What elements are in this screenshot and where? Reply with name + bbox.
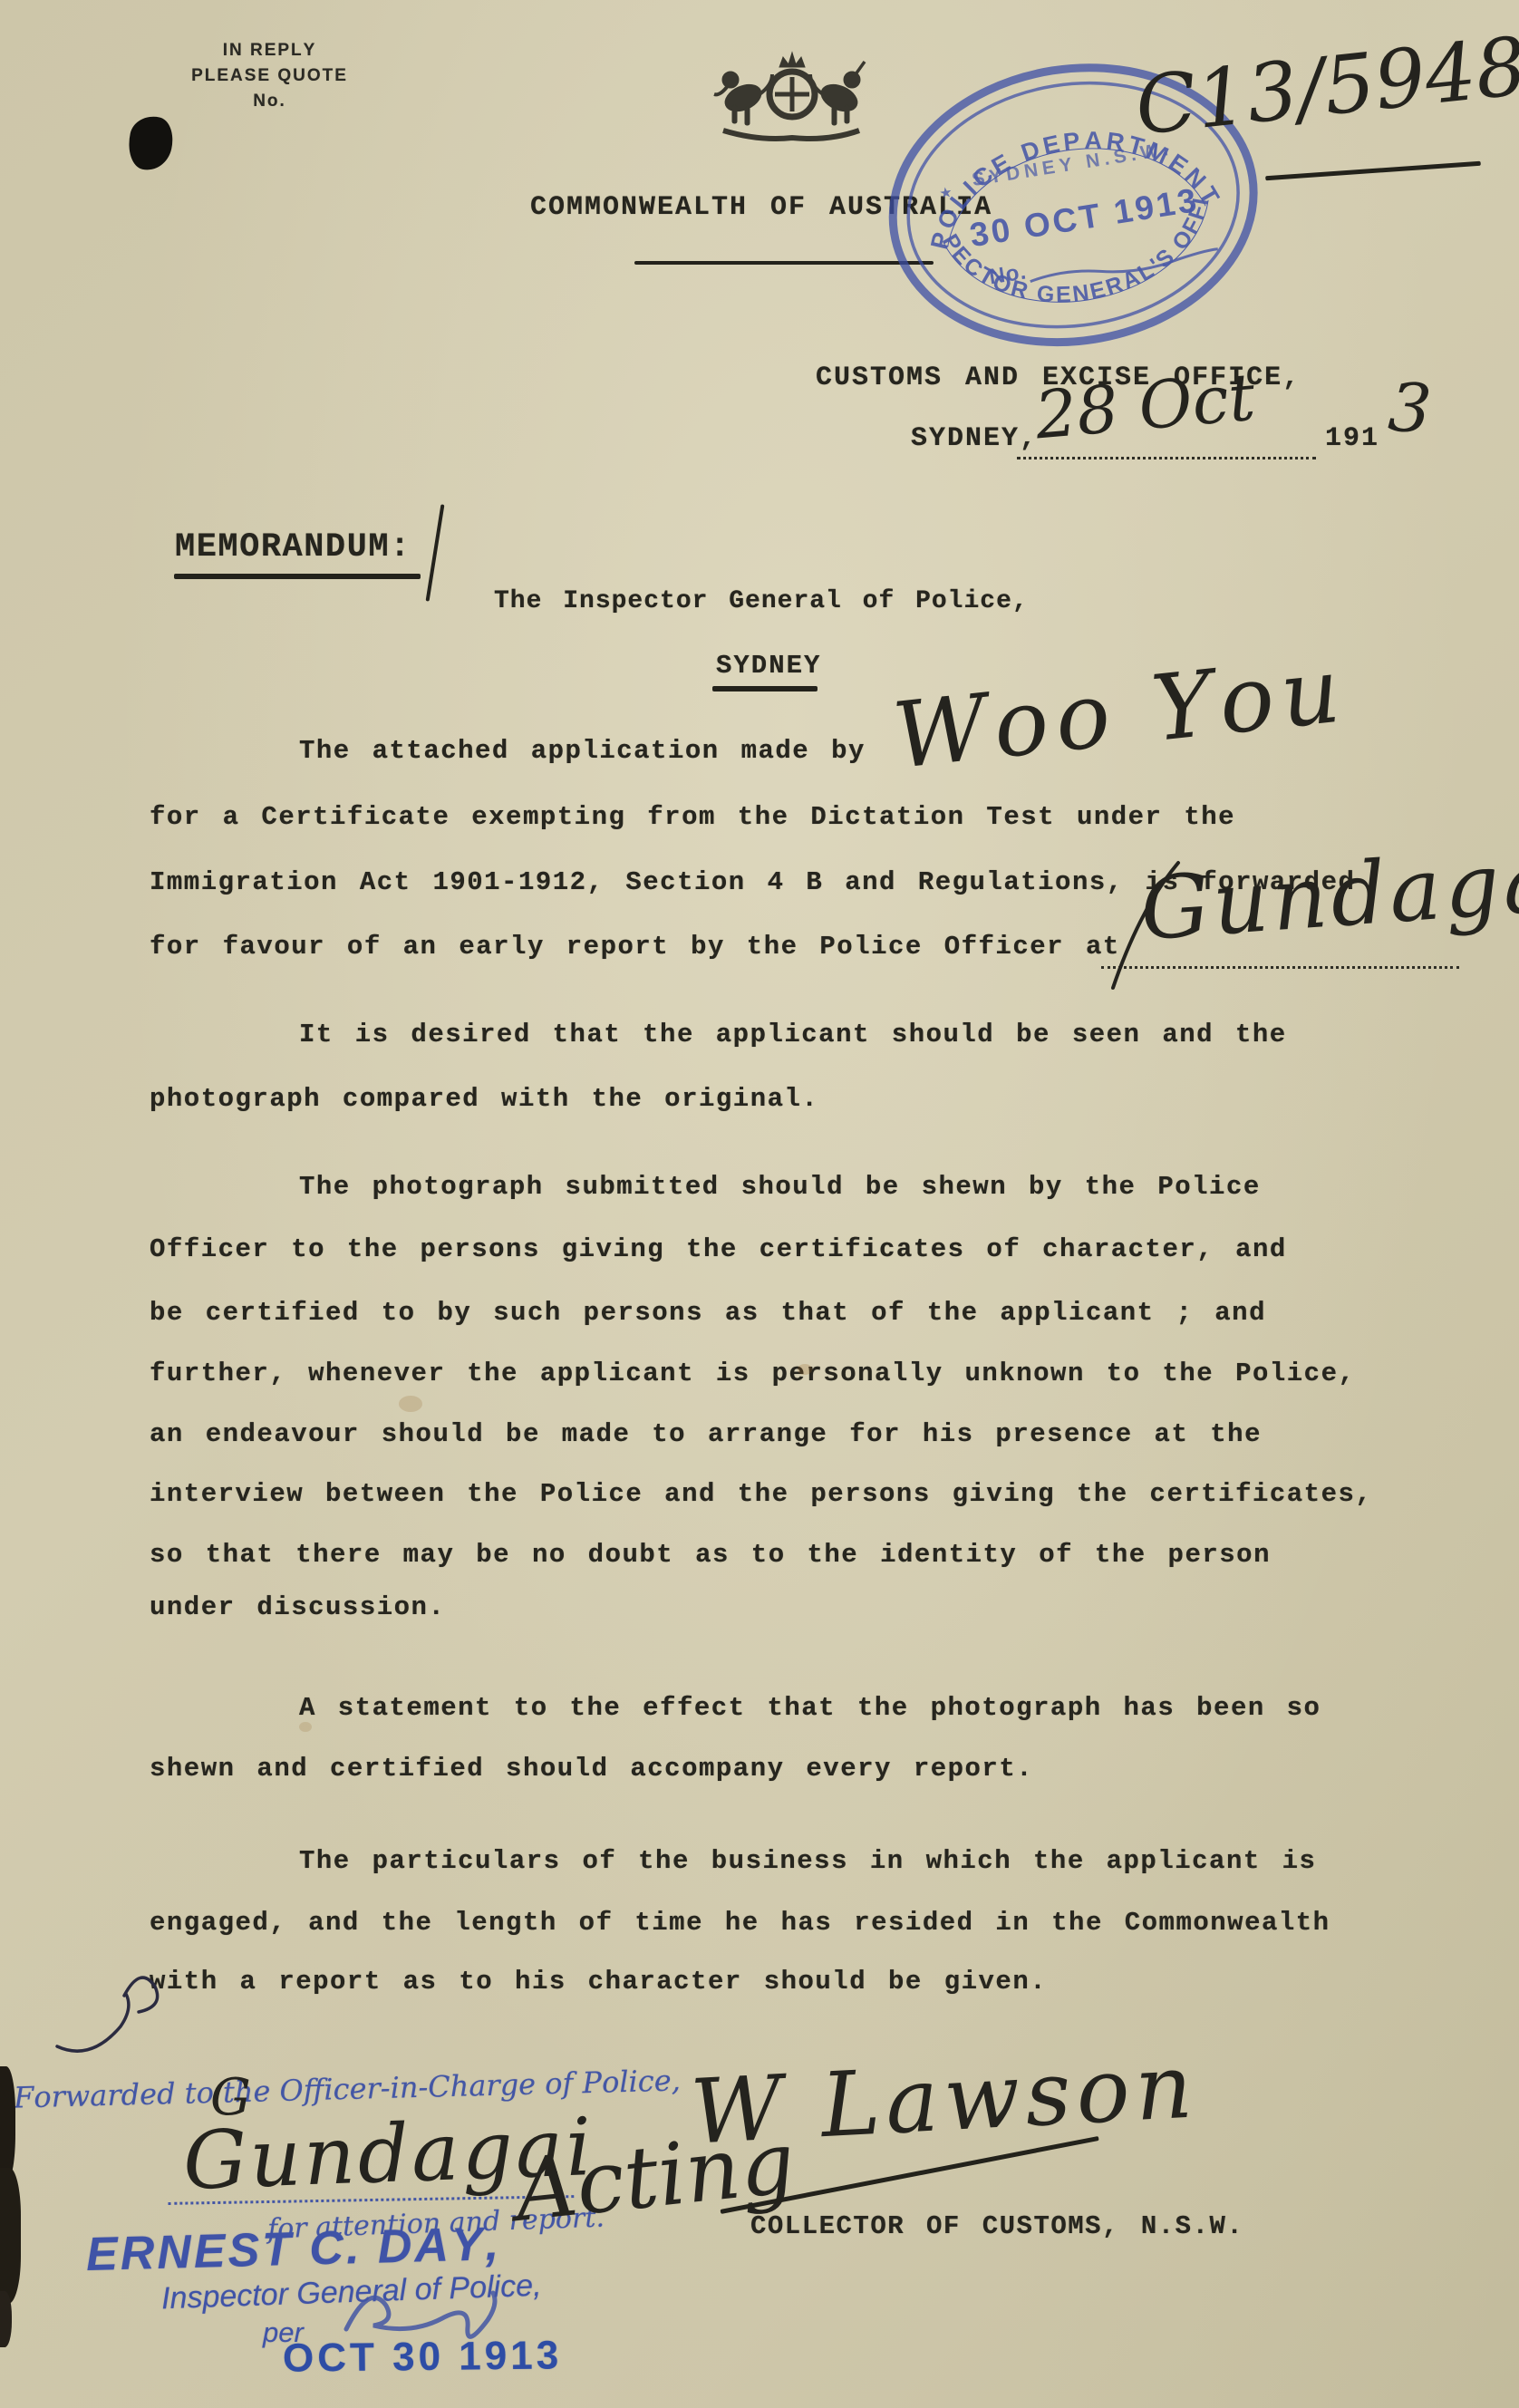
typed-line: so that there may be no doubt as to the …	[150, 1540, 1271, 1570]
received-date-stamp: OCT 30 1913	[283, 2333, 563, 2381]
year-printed: 191	[1325, 423, 1379, 454]
reply-note: IN REPLY PLEASE QUOTE No.	[186, 38, 353, 114]
signature-handwritten: W Lawson	[688, 2035, 1200, 2164]
typed-line: The attached application made by	[299, 736, 866, 766]
typed-line: interview between the Police and the per…	[150, 1479, 1372, 1509]
typed-line: The photograph submitted should be shewn…	[299, 1172, 1261, 1202]
typed-line: under discussion.	[150, 1592, 445, 1622]
typed-line: engaged, and the length of time he has r…	[150, 1908, 1330, 1938]
addressee-city: SYDNEY	[716, 651, 821, 681]
typed-line: for a Certificate exempting from the Dic…	[150, 802, 1235, 832]
stamp-star-icon: ★	[938, 185, 953, 202]
paper-stain	[299, 1722, 312, 1732]
page-edge-tear	[0, 2066, 15, 2180]
typed-line: shewn and certified should accompany eve…	[150, 1754, 1033, 1784]
typed-line: be certified to by such persons as that …	[150, 1298, 1266, 1328]
page-edge-tear	[0, 2291, 12, 2347]
typed-line: an endeavour should be made to arrange f…	[150, 1419, 1262, 1449]
signature-title: COLLECTOR OF CUSTOMS, N.S.W.	[750, 2211, 1243, 2241]
page-edge-tear	[0, 2168, 21, 2304]
pen-mark-slash	[426, 504, 445, 601]
typed-line: It is desired that the applicant should …	[299, 1020, 1287, 1049]
pen-flourish	[1088, 852, 1196, 997]
addressee-line: The Inspector General of Police,	[494, 587, 1029, 615]
typed-line: photograph compared with the original.	[150, 1084, 818, 1114]
paper-stain	[399, 1396, 422, 1412]
applicant-name-handwritten: Woo You	[888, 636, 1351, 789]
memorandum-label: MEMORANDUM:	[175, 528, 411, 566]
document-page: IN REPLY PLEASE QUOTE No. COMMONWEALTH O…	[0, 0, 1519, 2408]
ink-blot	[123, 112, 177, 175]
reply-note-line1: IN REPLY	[186, 38, 353, 63]
addressee-city-underline	[712, 686, 818, 691]
typed-line: The particulars of the business in which…	[299, 1846, 1316, 1876]
typed-line: Officer to the persons giving the certif…	[150, 1234, 1287, 1264]
paper-stain	[798, 1364, 812, 1375]
typed-line: further, whenever the applicant is perso…	[150, 1359, 1355, 1388]
file-number-underline	[1265, 161, 1481, 181]
reply-note-line2: PLEASE QUOTE	[186, 63, 353, 89]
typed-line: A statement to the effect that the photo…	[299, 1693, 1321, 1723]
pen-mark-squiggle	[50, 1939, 231, 2066]
reply-note-line3: No.	[186, 89, 353, 114]
year-handwritten: 3	[1386, 368, 1434, 449]
typed-line: with a report as to his character should…	[150, 1967, 1047, 1997]
typed-line: for favour of an early report by the Pol…	[150, 932, 1120, 962]
memorandum-underline	[174, 574, 421, 579]
